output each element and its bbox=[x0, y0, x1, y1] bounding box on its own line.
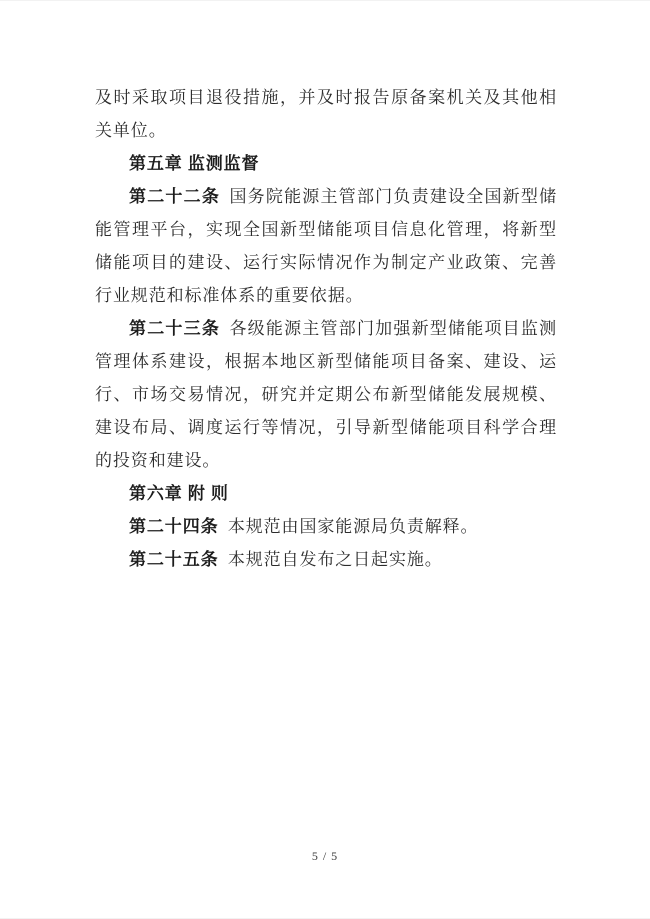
article-23-label: 第二十三条 bbox=[129, 319, 220, 338]
article-24: 第二十四条本规范由国家能源局负责解释。 bbox=[95, 510, 557, 543]
chapter-heading-5: 第五章 监测监督 bbox=[95, 147, 557, 180]
article-25: 第二十五条本规范自发布之日起实施。 bbox=[95, 543, 557, 576]
page-number: 5 / 5 bbox=[0, 849, 650, 864]
article-25-text: 本规范自发布之日起实施。 bbox=[228, 550, 443, 569]
paragraph-continuation: 及时采取项目退役措施，并及时报告原备案机关及其他相关单位。 bbox=[95, 81, 557, 147]
article-24-label: 第二十四条 bbox=[129, 517, 219, 536]
article-22: 第二十二条国务院能源主管部门负责建设全国新型储能管理平台，实现全国新型储能项目信… bbox=[95, 180, 557, 312]
chapter-heading-6: 第六章 附 则 bbox=[95, 477, 557, 510]
article-22-label: 第二十二条 bbox=[129, 187, 220, 206]
article-25-label: 第二十五条 bbox=[129, 550, 219, 569]
article-23-text: 各级能源主管部门加强新型储能项目监测管理体系建设，根据本地区新型储能项目备案、建… bbox=[95, 319, 557, 470]
document-content: 及时采取项目退役措施，并及时报告原备案机关及其他相关单位。 第五章 监测监督 第… bbox=[95, 81, 557, 576]
article-24-text: 本规范由国家能源局负责解释。 bbox=[228, 517, 479, 536]
article-23: 第二十三条各级能源主管部门加强新型储能项目监测管理体系建设，根据本地区新型储能项… bbox=[95, 312, 557, 477]
document-page: 及时采取项目退役措施，并及时报告原备案机关及其他相关单位。 第五章 监测监督 第… bbox=[0, 0, 650, 919]
